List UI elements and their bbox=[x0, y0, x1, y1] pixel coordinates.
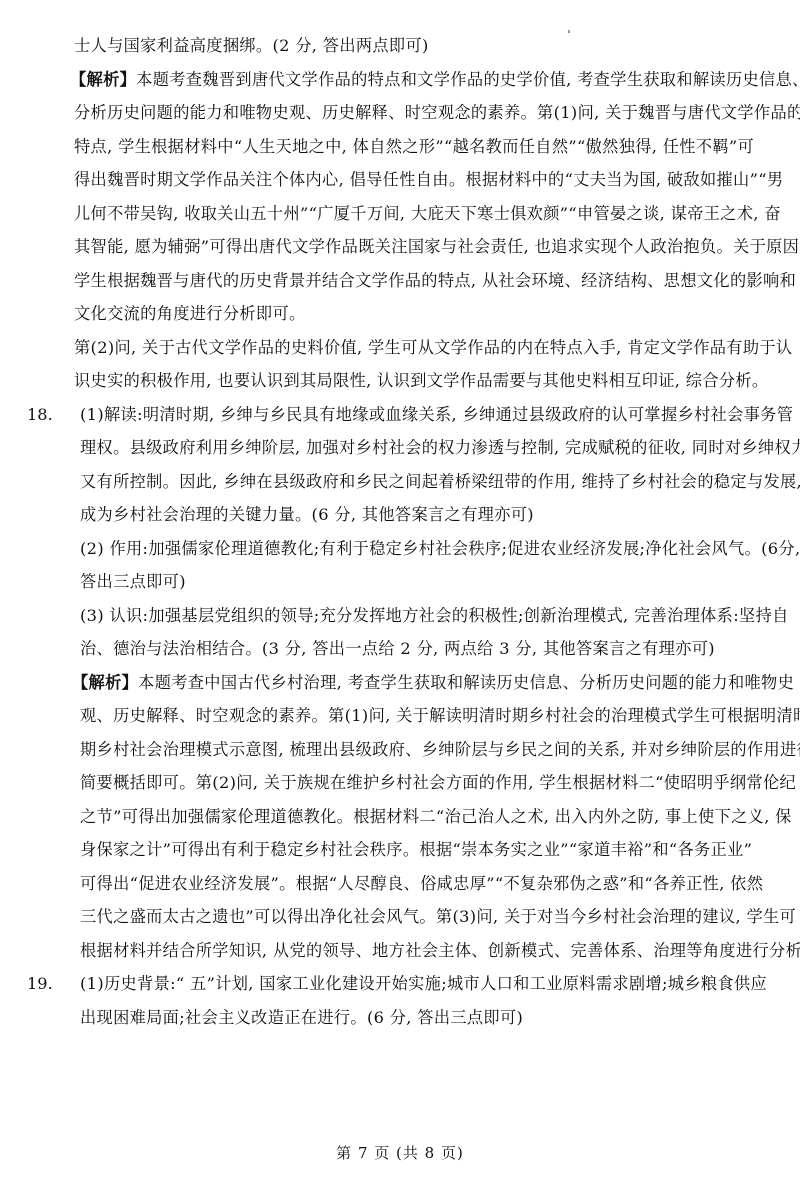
answer-line: 成为乡村社会治理的关键力量。(6 分, 其他答案言之有理亦可) bbox=[80, 505, 534, 525]
analysis-line: 期乡村社会治理模式示意图, 梳理出县级政府、乡绅阶层与乡民之间的关系, 并对乡绅… bbox=[80, 740, 800, 760]
answer-line: 士人与国家利益高度捆绑。(2 分, 答出两点即可) bbox=[74, 36, 429, 56]
answer-line: 又有所控制。因此, 乡绅在县级政府和乡民之间起着桥梁纽带的作用, 维持了乡村社会… bbox=[80, 472, 800, 492]
answer-line: 理权。县级政府利用乡绅阶层, 加强对乡村社会的权力渗透与控制, 完成赋税的征收,… bbox=[80, 438, 800, 458]
analysis-line: 本题考查魏晋到唐代文学作品的特点和文学作品的史学价值, 考查学生获取和解读历史信… bbox=[136, 70, 800, 89]
analysis-line: 本题考查中国古代乡村治理, 考查学生获取和解读历史信息、分析历史问题的能力和唯物… bbox=[138, 673, 794, 692]
analysis-line: 分析历史问题的能力和唯物史观、历史解释、时空观念的素养。第(1)问, 关于魏晋与… bbox=[74, 103, 800, 123]
analysis-paragraph-q18: 【解析】本题考查中国古代乡村治理, 考查学生获取和解读历史信息、分析历史问题的能… bbox=[72, 673, 794, 693]
analysis-line: 简要概括即可。第(2)问, 关于族规在维护乡村社会方面的作用, 学生根据材料二“… bbox=[80, 773, 796, 793]
analysis-line: 特点, 学生根据材料中“人生天地之中, 体自然之形”“越名教而任自然”“傲然独得… bbox=[74, 137, 754, 157]
analysis-line: 可得出“促进农业经济发展”。根据“人尽醇良、俗咸忠厚”“不复杂邪伪之惑”和“各养… bbox=[80, 874, 763, 894]
page-footer: 第 7 页 (共 8 页) bbox=[0, 1143, 800, 1163]
analysis-line: 三代之盛而太古之遗也”可以得出净化社会风气。第(3)问, 关于对当今乡村社会治理… bbox=[80, 907, 796, 927]
answer-line: (3) 认识:加强基层党组织的领导;充分发挥地方社会的积极性;创新治理模式, 完… bbox=[80, 606, 789, 626]
scan-speck bbox=[568, 30, 570, 33]
answer-line: 答出三点即可) bbox=[80, 572, 186, 592]
analysis-line: 第(2)问, 关于古代文学作品的史料价值, 学生可从文学作品的内在特点入手, 肯… bbox=[74, 338, 792, 358]
answer-line: (1)解读:明清时期, 乡绅与乡民具有地缘或血缘关系, 乡绅通过县级政府的认可掌… bbox=[80, 405, 793, 425]
analysis-line: 其智能, 愿为辅弼”可得出唐代文学作品既关注国家与社会责任, 也追求实现个人政治… bbox=[74, 237, 800, 257]
analysis-label: 【解析】 bbox=[70, 70, 136, 89]
analysis-line: 根据材料并结合所学知识, 从党的领导、地方社会主体、创新模式、完善体系、治理等角… bbox=[80, 941, 800, 961]
analysis-line: 观、历史解释、时空观念的素养。第(1)问, 关于解读明清时期乡村社会的治理模式学… bbox=[80, 706, 800, 726]
analysis-line: 身保家之计”可得出有利于稳定乡村社会秩序。根据“崇本务实之业”“家道丰裕”和“各… bbox=[80, 840, 752, 860]
analysis-line: 识史实的积极作用, 也要认识到其局限性, 认识到文学作品需要与其他史料相互印证,… bbox=[74, 371, 768, 391]
answer-line: 出现困难局面;社会主义改造正在进行。(6 分, 答出三点即可) bbox=[80, 1008, 523, 1028]
analysis-line: 之节”可得出加强儒家伦理道德教化。根据材料二“治己治人之术, 出入内外之防, 事… bbox=[80, 807, 792, 827]
analysis-line: 得出魏晋时期文学作品关注个体内心, 倡导任性自由。根据材料中的“丈夫当为国, 破… bbox=[74, 170, 783, 190]
answer-line: 治、德治与法治相结合。(3 分, 答出一点给 2 分, 两点给 3 分, 其他答… bbox=[80, 639, 715, 659]
answer-line: (1)历史背景:“ 五”计划, 国家工业化建设开始实施;城市人口和工业原料需求剧… bbox=[80, 974, 767, 994]
answer-line: (2) 作用:加强儒家伦理道德教化;有利于稳定乡村社会秩序;促进农业经济发展;净… bbox=[80, 539, 800, 559]
document-page: 士人与国家利益高度捆绑。(2 分, 答出两点即可) 【解析】本题考查魏晋到唐代文… bbox=[0, 0, 800, 1195]
analysis-label: 【解析】 bbox=[72, 673, 138, 692]
question-number-18: 18. bbox=[27, 405, 53, 425]
analysis-line: 文化交流的角度进行分析即可。 bbox=[74, 304, 306, 324]
question-number-19: 19. bbox=[27, 974, 53, 994]
analysis-paragraph-q17: 【解析】本题考查魏晋到唐代文学作品的特点和文学作品的史学价值, 考查学生获取和解… bbox=[70, 70, 800, 90]
analysis-line: 儿何不带吴钩, 收取关山五十州”“广厦千万间, 大庇天下寒士俱欢颜”“申管晏之谈… bbox=[74, 204, 781, 224]
analysis-line: 学生根据魏晋与唐代的历史背景并结合文学作品的特点, 从社会环境、经济结构、思想文… bbox=[74, 271, 796, 291]
